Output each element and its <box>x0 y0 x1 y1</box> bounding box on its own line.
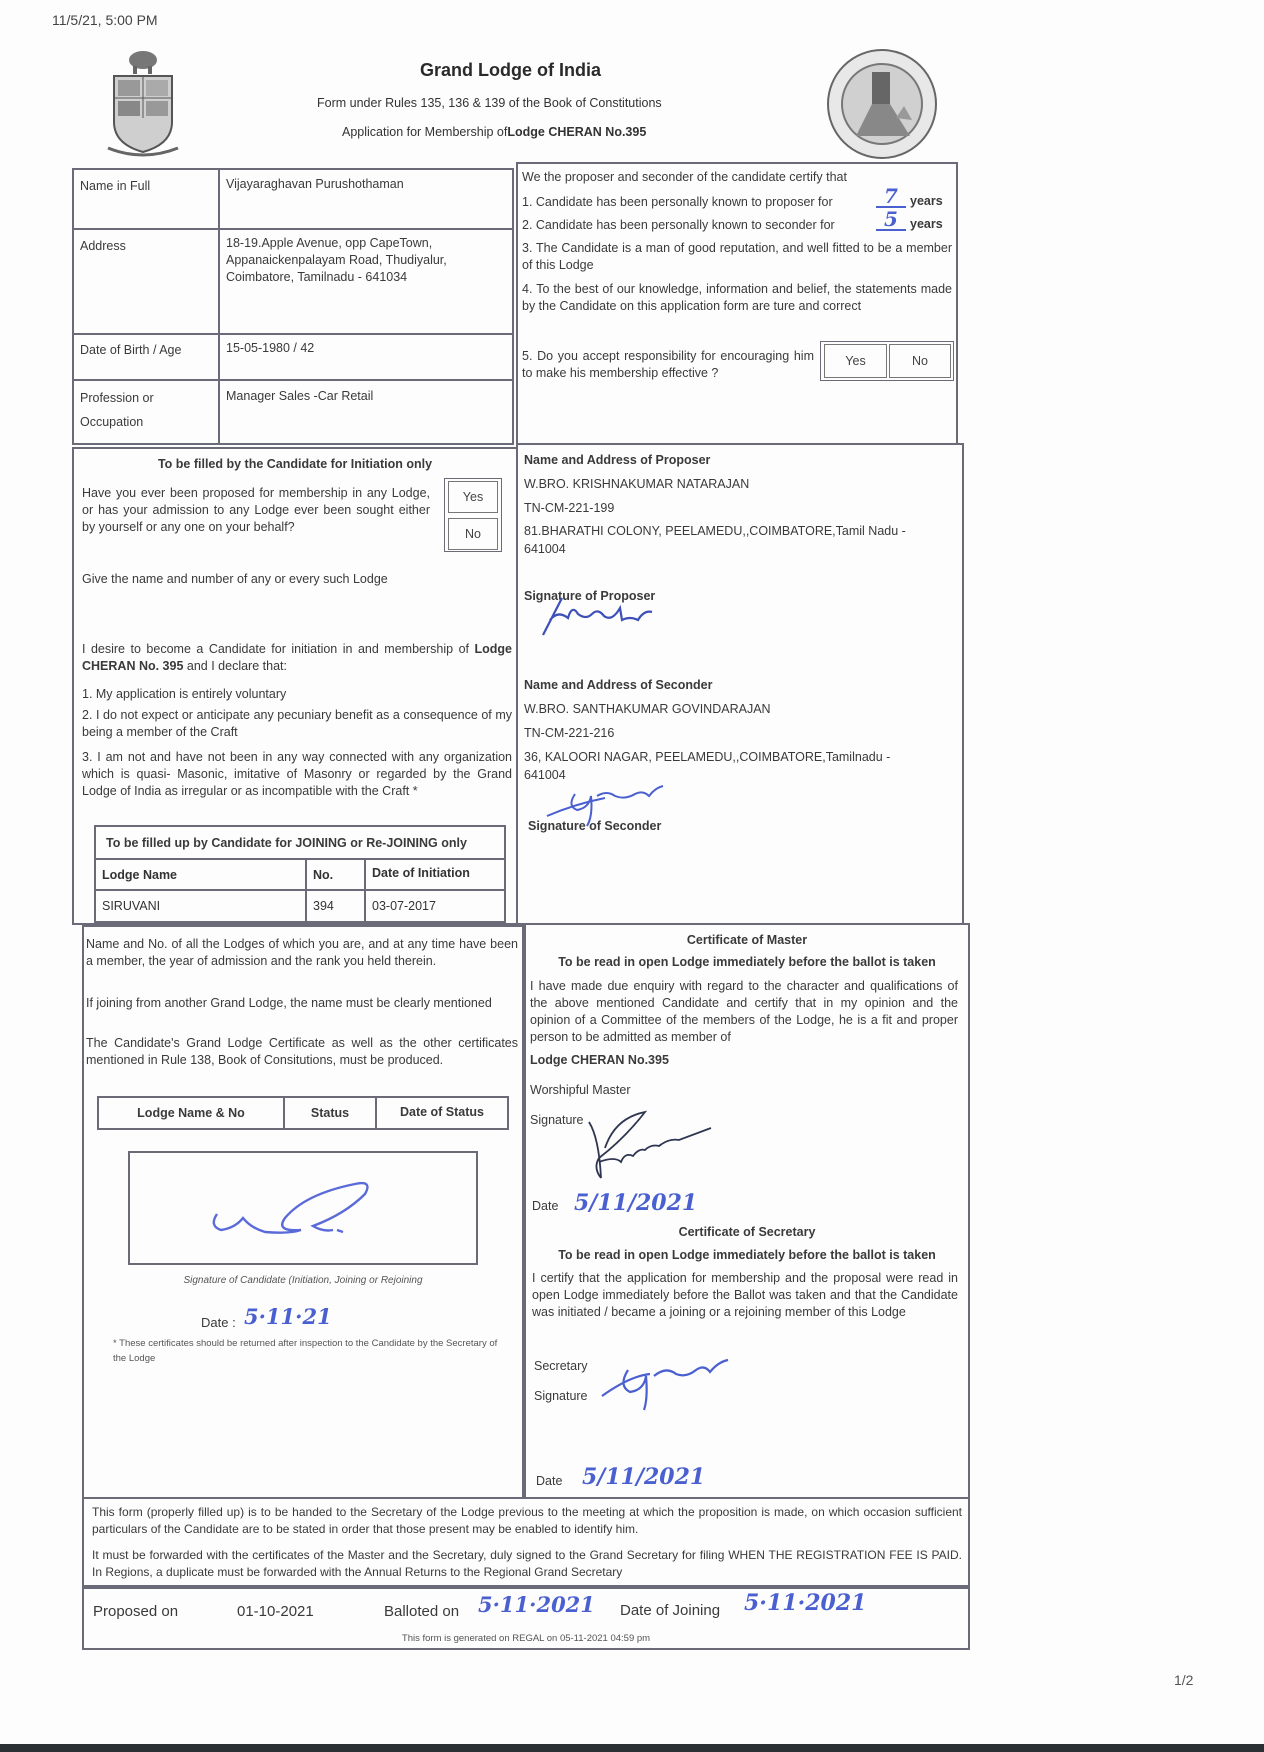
seconder-name: W.BRO. SANTHAKUMAR GOVINDARAJAN <box>524 701 771 718</box>
secretary-date-label: Date <box>536 1473 562 1490</box>
col-date-of-initiation: Date of Initiation <box>366 858 470 887</box>
secretary-signature <box>600 1346 770 1416</box>
joining-date: 03-07-2017 <box>366 891 436 921</box>
divider <box>72 228 514 230</box>
secretary-cert-title: Certificate of Secretary <box>526 1224 968 1241</box>
proposer-signature <box>540 590 700 640</box>
seconder-address-1: 36, KALOORI NAGAR, PEELAMEDU,,COIMBATORE… <box>524 749 890 766</box>
candidate-date-label: Date : <box>201 1314 236 1331</box>
master-date-value[interactable]: 5/11/2021 <box>574 1190 697 1216</box>
col-lodge-name-no: Lodge Name & No <box>99 1105 283 1122</box>
accept-yes-option[interactable]: Yes <box>824 344 887 378</box>
profession-value: Manager Sales -Car Retail <box>226 388 373 405</box>
cert-intro: We the proposer and seconder of the cand… <box>522 169 847 186</box>
declaration-1: 1. My application is entirely voluntary <box>82 686 286 703</box>
years-label-2: years <box>910 216 943 233</box>
seconder-years-value[interactable]: 5 <box>876 209 906 231</box>
desire-statement: I desire to become a Candidate for initi… <box>82 641 512 675</box>
joining-table-heading: To be filled up by Candidate for JOINING… <box>106 835 467 852</box>
proposer-address-1: 81.BHARATHI COLONY, PEELAMEDU,,COIMBATOR… <box>524 523 906 540</box>
lodges-instruction-2: If joining from another Grand Lodge, the… <box>86 995 518 1012</box>
profession-label-2: Occupation <box>80 414 143 431</box>
balloted-on-value[interactable]: 5·11·2021 <box>478 1592 595 1617</box>
master-cert-title: Certificate of Master <box>526 932 968 949</box>
divider <box>72 379 514 381</box>
proposer-heading: Name and Address of Proposer <box>524 452 710 469</box>
instructions-p2: It must be forwarded with the certificat… <box>92 1547 962 1581</box>
address-line-1: 18-19.Apple Avenue, opp CapeTown, <box>226 235 432 252</box>
seconder-signature-label: Signature of Seconder <box>528 818 661 835</box>
col-status: Status <box>285 1105 375 1122</box>
cert-item-5: 5. Do you accept responsibility for enco… <box>522 348 814 382</box>
proposer-address-2: 641004 <box>524 541 566 558</box>
give-name-prompt: Give the name and number of any or every… <box>82 571 388 588</box>
grand-lodge-coat-of-arms-icon <box>100 48 186 160</box>
name-value: Vijayaraghavan Purushothaman <box>226 176 404 193</box>
lodges-instruction-1: Name and No. of all the Lodges of which … <box>86 936 518 970</box>
proposer-years-value[interactable]: 7 <box>876 186 906 208</box>
print-timestamp: 11/5/21, 5:00 PM <box>52 12 158 28</box>
balloted-on-label: Balloted on <box>384 1603 459 1620</box>
dob-label: Date of Birth / Age <box>80 342 181 359</box>
regional-grand-lodge-seal-icon <box>826 48 938 160</box>
secretary-role: Secretary <box>534 1358 588 1375</box>
candidate-signature-caption: Signature of Candidate (Initiation, Join… <box>128 1272 478 1289</box>
address-label: Address <box>80 238 126 255</box>
document-subtitle: Form under Rules 135, 136 & 139 of the B… <box>317 96 662 110</box>
dob-value: 15-05-1980 / 42 <box>226 340 314 357</box>
master-signature <box>585 1108 745 1188</box>
divider <box>72 333 514 335</box>
secretary-cert-body: I certify that the application for membe… <box>532 1270 958 1321</box>
proposed-on-label: Proposed on <box>93 1603 178 1620</box>
cert-item-3: 3. The Candidate is a man of good reputa… <box>522 240 952 274</box>
col-no: No. <box>307 860 333 889</box>
years-label-1: years <box>910 193 943 210</box>
date-of-joining-value[interactable]: 5·11·2021 <box>744 1590 866 1616</box>
candidate-date-value[interactable]: 5·11·21 <box>244 1304 332 1329</box>
master-cert-subtitle: To be read in open Lodge immediately bef… <box>526 954 968 971</box>
proposer-id: TN-CM-221-199 <box>524 500 614 517</box>
certificates-footnote: * These certificates should be returned … <box>113 1336 513 1366</box>
cert-item-2: 2. Candidate has been personally known t… <box>522 217 835 234</box>
document-title: Grand Lodge of India <box>420 60 620 81</box>
date-of-joining-label: Date of Joining <box>620 1602 720 1619</box>
proposer-name: W.BRO. KRISHNAKUMAR NATARAJAN <box>524 476 749 493</box>
initiation-no-option[interactable]: No <box>448 518 498 550</box>
instructions-p1: This form (properly filled up) is to be … <box>92 1504 962 1538</box>
declaration-3: 3. I am not and have not been in any way… <box>82 749 512 800</box>
seconder-heading: Name and Address of Seconder <box>524 677 712 694</box>
master-date-label: Date <box>532 1198 558 1215</box>
master-cert-lodge: Lodge CHERAN No.395 <box>530 1052 669 1069</box>
name-label: Name in Full <box>80 178 150 195</box>
initiation-question: Have you ever been proposed for membersh… <box>82 485 430 536</box>
accept-no-option[interactable]: No <box>889 344 951 378</box>
initiation-heading: To be filled by the Candidate for Initia… <box>74 456 516 473</box>
secretary-date-value[interactable]: 5/11/2021 <box>582 1464 705 1490</box>
master-signature-label: Signature <box>530 1112 584 1129</box>
joining-lodge-no: 394 <box>307 891 334 921</box>
generated-note: This form is generated on REGAL on 05-11… <box>82 1630 970 1647</box>
joining-lodge-name: SIRUVANI <box>96 891 160 921</box>
col-date-of-status: Date of Status <box>377 1104 507 1121</box>
seconder-id: TN-CM-221-216 <box>524 725 614 742</box>
cert-item-1: 1. Candidate has been personally known t… <box>522 194 833 211</box>
secretary-signature-label: Signature <box>534 1388 588 1405</box>
initiation-yes-option[interactable]: Yes <box>448 481 498 513</box>
cert-item-4: 4. To the best of our knowledge, informa… <box>522 281 952 315</box>
col-lodge-name: Lodge Name <box>96 860 177 889</box>
declaration-2: 2. I do not expect or anticipate any pec… <box>82 707 512 741</box>
proposed-on-value: 01-10-2021 <box>237 1603 314 1620</box>
viewer-bottom-bar <box>0 1744 1264 1752</box>
application-line: Application for Membership of Lodge CHER… <box>342 125 646 139</box>
divider <box>218 168 220 445</box>
profession-label-1: Profession or <box>80 390 154 407</box>
address-line-3: Coimbatore, Tamilnadu - 641034 <box>226 269 407 286</box>
master-cert-body: I have made due enquiry with regard to t… <box>530 978 958 1046</box>
address-line-2: Appanaickenpalayam Road, Thudiyalur, <box>226 252 447 269</box>
secretary-cert-subtitle: To be read in open Lodge immediately bef… <box>526 1247 968 1264</box>
master-role: Worshipful Master <box>530 1082 631 1099</box>
page-number: 1/2 <box>1174 1672 1193 1688</box>
candidate-signature <box>205 1174 405 1244</box>
lodges-instruction-3: The Candidate's Grand Lodge Certificate … <box>86 1035 518 1069</box>
